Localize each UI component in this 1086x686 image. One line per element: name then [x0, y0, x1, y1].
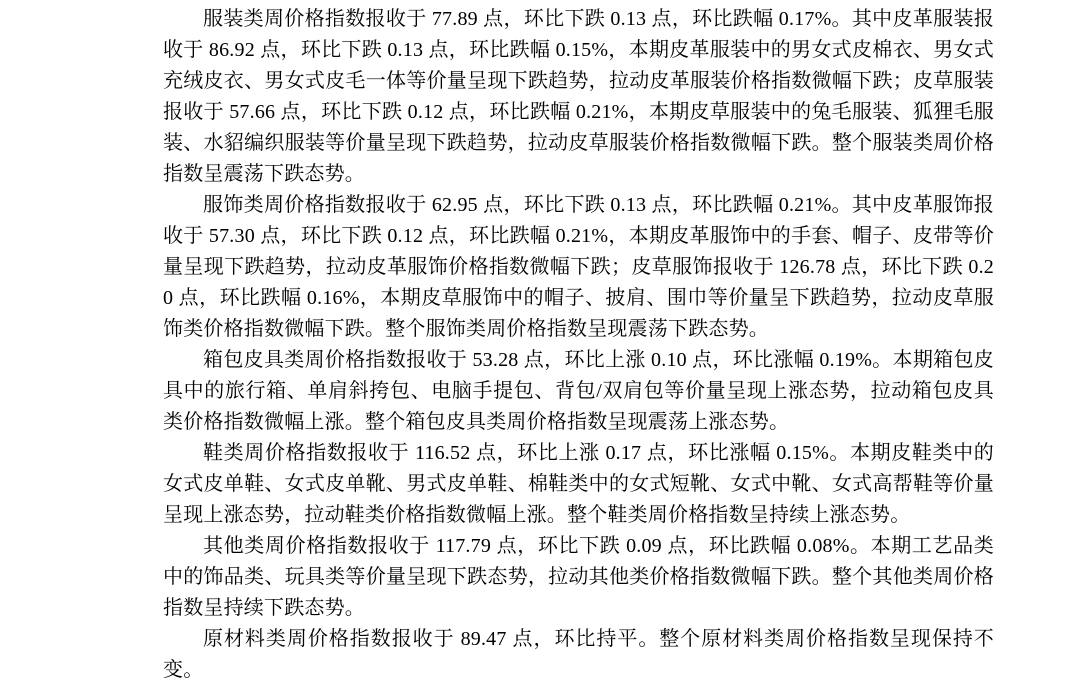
paragraph-others-index: 其他类周价格指数报收于 117.79 点，环比下跌 0.09 点，环比跌幅 0.…	[163, 531, 994, 624]
paragraph-accessories-index: 服饰类周价格指数报收于 62.95 点，环比下跌 0.13 点，环比跌幅 0.2…	[163, 190, 994, 345]
paragraph-footwear-index: 鞋类周价格指数报收于 116.52 点，环比上涨 0.17 点，环比涨幅 0.1…	[163, 438, 994, 531]
paragraph-apparel-index: 服装类周价格指数报收于 77.89 点，环比下跌 0.13 点，环比跌幅 0.1…	[163, 4, 994, 190]
document-page: 服装类周价格指数报收于 77.89 点，环比下跌 0.13 点，环比跌幅 0.1…	[163, 4, 994, 686]
paragraph-raw-materials-index: 原材料类周价格指数报收于 89.47 点，环比持平。整个原材料类周价格指数呈现保…	[163, 624, 994, 686]
paragraph-bags-leather-goods-index: 箱包皮具类周价格指数报收于 53.28 点，环比上涨 0.10 点，环比涨幅 0…	[163, 345, 994, 438]
